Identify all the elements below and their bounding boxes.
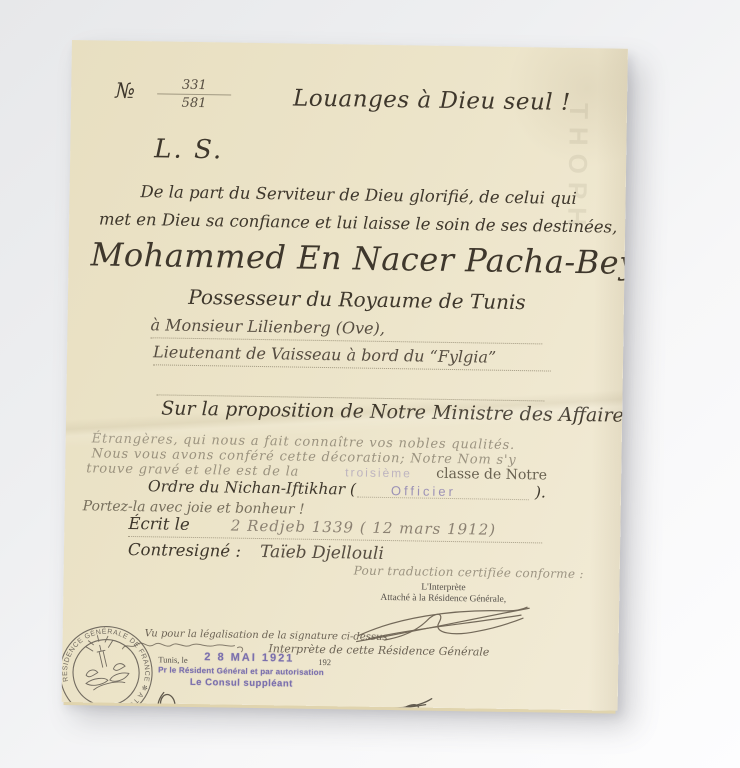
resident-general-stamp-line: Pr le Résident Général et par autorisati… <box>158 665 324 677</box>
round-stamp-text: RÉSIDENCE GÉNÉRALE DE FRANCE ✻ A TUNIS ✻ <box>62 618 160 711</box>
photo-background: THOPH № 331 581 Louanges à Dieu seul ! L… <box>0 0 740 768</box>
numero-numerator: 331 <box>157 77 231 95</box>
legalisation-line-2: Interprète de cette Résidence Générale <box>268 642 489 658</box>
residence-generale-round-stamp: RÉSIDENCE GÉNÉRALE DE FRANCE ✻ A TUNIS ✻ <box>62 613 166 711</box>
class-stamp: troisième <box>345 465 412 480</box>
contresigne-label: Contresigné : <box>128 540 241 561</box>
document-paper: THOPH № 331 581 Louanges à Dieu seul ! L… <box>62 40 628 711</box>
body-line-4-left: trouve gravé et elle est de la <box>86 461 299 479</box>
ecrit-label: Écrit le <box>128 514 190 534</box>
body-line-5-right: ). <box>535 483 546 501</box>
body-line-1: Sur la proposition de Notre Ministre des… <box>161 397 601 426</box>
numero-symbol: № <box>115 79 135 103</box>
countersign-row: Contresigné : Taïeb Djellouli <box>128 540 384 564</box>
body-line-5-left: Ordre du Nichan-Iftikhar ( <box>148 477 356 498</box>
numero-denominator: 581 <box>157 94 231 111</box>
preamble-line-2: met en Dieu sa confiance et lui laisse l… <box>69 209 625 237</box>
invocation-line: Louanges à Dieu seul ! <box>293 85 559 115</box>
grade-stamp: Officier <box>391 483 456 499</box>
svg-text:RÉSIDENCE GÉNÉRALE DE FRANCE ✻: RÉSIDENCE GÉNÉRALE DE FRANCE ✻ A TUNIS ✻ <box>62 618 160 711</box>
numero-value: 331 581 <box>157 77 232 111</box>
ecrit-value: 2 Redjeb 1339 ( 12 mars 1912) <box>231 517 496 539</box>
contresigne-value: Taïeb Djellouli <box>260 542 384 564</box>
date-row: Écrit le 2 Redjeb 1339 ( 12 mars 1912) <box>128 514 542 544</box>
recipient-rank-line: Lieutenant de Vaisseau à bord du “Fylgia… <box>153 342 551 371</box>
printed-year: 192 <box>318 657 331 667</box>
paper-edge-shading <box>588 48 628 710</box>
seal-initials: L. S. <box>154 134 223 165</box>
recipient-blank-rule <box>156 373 544 401</box>
preamble-line-1: De la part du Serviteur de Dieu glorifié… <box>69 181 625 209</box>
paper-watermark: THOPH <box>561 103 594 234</box>
tunis-le-label: Tunis, le <box>158 654 188 664</box>
issuer-name: Mohammed En Nacer Pacha-Bey, <box>68 235 625 282</box>
consul-signature <box>133 678 444 711</box>
recipient-name-line: à Monsieur Lilienberg (Ove), <box>150 315 542 344</box>
date-stamp: 2 8 MAI 1921 <box>204 651 294 664</box>
issuer-title: Possesseur du Royaume de Tunis <box>68 283 624 316</box>
certification-line-1: Pour traduction certifiée conforme : <box>354 563 534 580</box>
body-line-4-right: classe de Notre <box>436 466 547 484</box>
